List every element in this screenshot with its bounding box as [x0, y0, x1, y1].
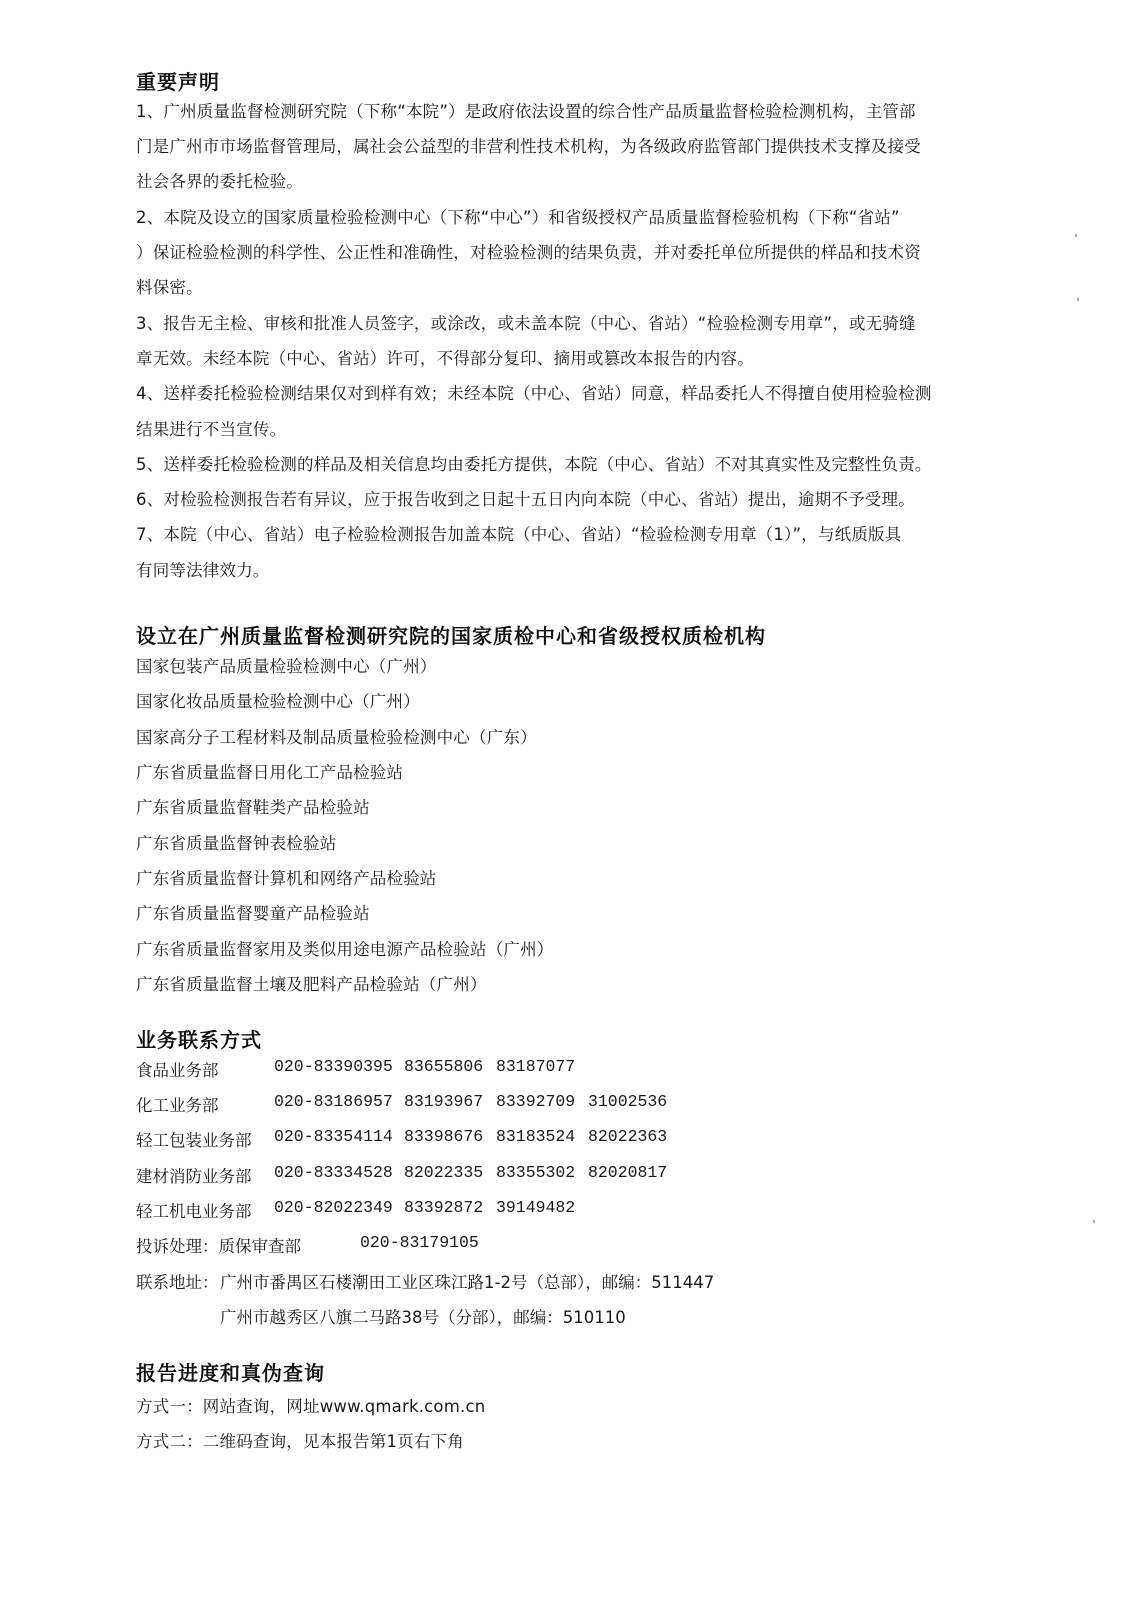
institution-item: 广东省质量监督婴童产品检验站 — [136, 900, 370, 924]
verification-method: 方式二：二维码查询，见本报告第1页右下角 — [136, 1428, 464, 1452]
declaration-line: 4、送样委托检验检测结果仅对到样有效；未经本院（中心、省站）同意，样品委托人不得… — [136, 380, 932, 404]
declaration-line: 社会各界的委托检验。 — [136, 168, 303, 192]
address-label: 联系地址： — [136, 1269, 219, 1293]
phone-number: 83193967 — [404, 1092, 483, 1111]
phone-number: 020-83390395 — [274, 1057, 393, 1076]
declaration-line: 1、广州质量监督检测研究院（下称“本院”）是政府依法设置的综合性产品质量监督检验… — [136, 98, 916, 122]
phone-number: 020-82022349 — [274, 1198, 393, 1217]
declaration-line: 7、本院（中心、省站）电子检验检测报告加盖本院（中心、省站）“检验检测专用章（1… — [136, 521, 901, 545]
declaration-line: 6、对检验检测报告若有异议，应于报告收到之日起十五日内向本院（中心、省站）提出，… — [136, 486, 915, 510]
institution-item: 广东省质量监督计算机和网络产品检验站 — [136, 865, 437, 889]
phone-number: 83392709 — [496, 1092, 575, 1111]
scan-speck — [1077, 298, 1079, 301]
phone-number: 39149482 — [496, 1198, 575, 1217]
department-name: 轻工包装业务部 — [136, 1127, 252, 1151]
declaration-line: 2、本院及设立的国家质量检验检测中心（下称“中心”）和省级授权产品质量监督检验机… — [136, 204, 900, 228]
phone-number: 83655806 — [404, 1057, 483, 1076]
declaration-line: 结果进行不当宣传。 — [136, 416, 286, 440]
complaint-phone: 020-83179105 — [360, 1233, 479, 1252]
institution-item: 国家高分子工程材料及制品质量检验检测中心（广东） — [136, 724, 537, 748]
institution-item: 国家化妆品质量检验检测中心（广州） — [136, 688, 420, 712]
contacts-title: 业务联系方式 — [136, 1024, 262, 1053]
institution-item: 广东省质量监督鞋类产品检验站 — [136, 794, 370, 818]
phone-number: 83392872 — [404, 1198, 483, 1217]
institutions-title: 设立在广州质量监督检测研究院的国家质检中心和省级授权质检机构 — [136, 620, 766, 649]
institution-item: 广东省质量监督家用及类似用途电源产品检验站（广州） — [136, 936, 554, 960]
phone-number: 83398676 — [404, 1127, 483, 1146]
phone-number: 83355302 — [496, 1163, 575, 1182]
phone-number: 020-83186957 — [274, 1092, 393, 1111]
institution-item: 广东省质量监督日用化工产品检验站 — [136, 759, 403, 783]
declaration-line: 门是广州市市场监督管理局，属社会公益型的非营利性技术机构，为各级政府监管部门提供… — [136, 133, 921, 157]
phone-number: 83187077 — [496, 1057, 575, 1076]
phone-number: 82022335 — [404, 1163, 483, 1182]
verification-title: 报告进度和真伪查询 — [136, 1357, 325, 1386]
declaration-line: 3、报告无主检、审核和批准人员签字，或涂改，或未盖本院（中心、省站）“检验检测专… — [136, 310, 916, 334]
department-name: 建材消防业务部 — [136, 1163, 252, 1187]
phone-number: 31002536 — [588, 1092, 667, 1111]
phone-number: 020-83354114 — [274, 1127, 393, 1146]
declaration-title: 重要声明 — [136, 66, 220, 95]
institution-item: 国家包装产品质量检验检测中心（广州） — [136, 653, 437, 677]
phone-number: 020-83334528 — [274, 1163, 393, 1182]
declaration-line: 5、送样委托检验检测的样品及相关信息均由委托方提供，本院（中心、省站）不对其真实… — [136, 451, 932, 475]
scan-speck — [1093, 1220, 1095, 1223]
complaint-label: 投诉处理：质保审查部 — [136, 1233, 301, 1257]
department-name: 化工业务部 — [136, 1092, 219, 1116]
declaration-line: 料保密。 — [136, 274, 203, 298]
phone-number: 83183524 — [496, 1127, 575, 1146]
address-branch: 广州市越秀区八旗二马路38号（分部），邮编：510110 — [220, 1304, 626, 1328]
phone-number: 82022363 — [588, 1127, 667, 1146]
document-page: 重要声明 1、广州质量监督检测研究院（下称“本院”）是政府依法设置的综合性产品质… — [0, 0, 1132, 1600]
phone-number: 82020817 — [588, 1163, 667, 1182]
scan-speck — [1075, 234, 1077, 237]
declaration-line: 章无效。未经本院（中心、省站）许可，不得部分复印、摘用或篡改本报告的内容。 — [136, 345, 754, 369]
declaration-line: 有同等法律效力。 — [136, 557, 270, 581]
address-hq: 广州市番禺区石楼潮田工业区珠江路1-2号（总部），邮编：511447 — [220, 1269, 714, 1293]
institution-item: 广东省质量监督土壤及肥料产品检验站（广州） — [136, 971, 487, 995]
verification-method: 方式一：网站查询，网址www.qmark.com.cn — [136, 1393, 485, 1417]
institution-item: 广东省质量监督钟表检验站 — [136, 830, 336, 854]
department-name: 食品业务部 — [136, 1057, 219, 1081]
department-name: 轻工机电业务部 — [136, 1198, 252, 1222]
declaration-line: ）保证检验检测的科学性、公正性和准确性，对检验检测的结果负责，并对委托单位所提供… — [136, 239, 921, 263]
